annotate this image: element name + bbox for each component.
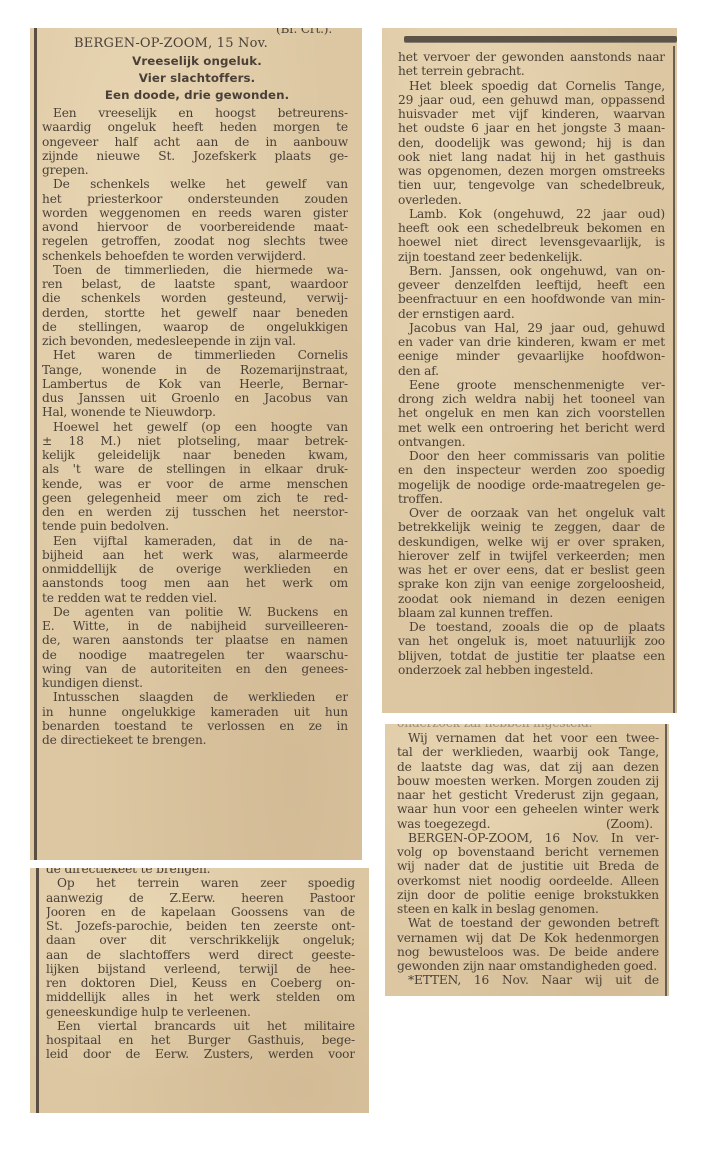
text-line: regelen getroffen, zoodat nog slechts tw…: [42, 234, 348, 248]
text-line: steen en kalk in beslag genomen.: [397, 902, 659, 916]
text-line: zijn toestand zeer bedenkelijk.: [398, 250, 665, 264]
text-line: Het bleek spoedig dat Cornelis Tange,: [398, 79, 665, 93]
sign-off-line: was toegezegd.(Zoom).: [397, 817, 659, 831]
text-line: vernamen wij dat De Kok hedenmorgen: [397, 931, 659, 945]
sign-off-source: (Zoom).: [606, 817, 653, 831]
dateline: BERGEN-OP-ZOOM, 15 Nov.: [40, 37, 302, 51]
text-line: beenfractuur en een hoofdwonde van min-: [398, 292, 665, 306]
text-line: 29 jaar oud, een gehuwd man, oppassend: [398, 93, 665, 107]
clipping-top-left: (Br. Crt.). BERGEN-OP-ZOOM, 15 Nov. Vree…: [30, 28, 362, 860]
text-line: Wij vernamen dat het voor een twee-: [397, 731, 659, 745]
text-line: en vader van drie kinderen, kwam er met: [398, 335, 665, 349]
text-line: huisvader met vijf kinderen, waarvan: [398, 107, 665, 121]
text-line: ren belast, de laatste spant, waardoor: [42, 277, 348, 291]
text-line: kende, was er voor de arme menschen: [42, 477, 348, 491]
clipping-bottom-right: onderzoek zal hebben ingesteld. Wij vern…: [385, 724, 669, 996]
text-line: aan de slachtoffers werd direct geeste-: [46, 948, 355, 962]
text-line: bijheid aan het werk was, alarmeerde: [42, 548, 348, 562]
text-line: waar hun voor een geheelen winter werk: [397, 802, 659, 816]
column-rule: [36, 868, 39, 1113]
text-line: den en werden zij tusschen het neerstor-: [42, 505, 348, 519]
text-line: Bern. Janssen, ook ongehuwd, van on-: [398, 264, 665, 278]
text-line: Een vijftal kameraden, dat in de na-: [42, 534, 348, 548]
text-line: ren doktoren Diel, Keuss en Coeberg on-: [46, 976, 355, 990]
text-line: blijven, totdat de justitie ter plaatse …: [398, 649, 665, 663]
text-line: de stellingen, waarop de ongelukkigen: [42, 320, 348, 334]
text-line: ongeveer half acht aan de in aanbouw: [42, 135, 348, 149]
text-line: BERGEN-OP-ZOOM, 16 Nov. In ver-: [397, 831, 659, 845]
column-rule: [673, 46, 675, 713]
text-line: Toen de timmerlieden, die hiermede wa-: [42, 263, 348, 277]
text-line: wij nader dat de justitie uit Breda de: [397, 859, 659, 873]
text-line: zijnde nieuwe St. Jozefskerk plaats ge-: [42, 149, 348, 163]
text-line: de directiekeet te brengen.: [42, 733, 348, 747]
sign-off-text: was toegezegd.: [397, 817, 490, 831]
text-line: onderzoek zal hebben ingesteld.: [398, 663, 665, 677]
text-line: leid door de Eerw. Zusters, werden voor: [46, 1047, 355, 1061]
cut-off-line: onderzoek zal hebben ingesteld.: [397, 724, 592, 730]
text-line: overkomst niet noodig oordeelde. Alleen: [397, 874, 659, 888]
text-line: benarden toestand te verlossen en ze in: [42, 719, 348, 733]
text-line: geveer denzelfden leeftijd, heeft een: [398, 278, 665, 292]
text-line: Jacobus van Hal, 29 jaar oud, gehuwd: [398, 321, 665, 335]
source-fragment: (Br. Crt.).: [276, 28, 332, 36]
text-line: deskundigen, welke wij er over spraken,: [398, 535, 665, 549]
text-line: zich bevonden, medesleepende in zijn val…: [42, 334, 348, 348]
text-line: zoodat ook niemand in dezen eenigen: [398, 592, 665, 606]
text-line: Lamb. Kok (ongehuwd, 22 jaar oud): [398, 207, 665, 221]
text-line: Jooren en de kapelaan Goossens van de: [46, 905, 355, 919]
text-line: mogelijk de noodige orde-maatregelen ge-: [398, 478, 665, 492]
text-line: den af.: [398, 364, 665, 378]
text-line: tal der werklieden, waarbij ook Tange,: [397, 745, 659, 759]
clipping-bottom-left: de directiekeet te brengen.Op het terrei…: [30, 868, 369, 1113]
column-rule: [34, 28, 37, 860]
text-line: aanstonds toog men aan het werk om: [42, 576, 348, 590]
text-line: met welk een ontroering het bericht werd: [398, 421, 665, 435]
text-line: E. Witte, in de nabijheid surveilleeren-: [42, 619, 348, 633]
text-line: Over de oorzaak van het ongeluk valt: [398, 506, 665, 520]
text-line: Een viertal brancards uit het militaire: [46, 1019, 355, 1033]
text-line: troffen.: [398, 492, 665, 506]
column-rule: [665, 724, 667, 996]
text-line: geneeskundige hulp te verleenen.: [46, 1005, 355, 1019]
text-line: de noodige maatregelen ter waarschu-: [42, 648, 348, 662]
text-line: Hoewel het gewelf (op een hoogte van: [42, 420, 348, 434]
text-line: ontvangen.: [398, 435, 665, 449]
text-line: ± 18 M.) niet plotseling, maar betrek-: [42, 434, 348, 448]
text-line: dus Janssen uit Groenlo en Jacobus van: [42, 391, 348, 405]
text-line: Het waren de timmerlieden Cornelis: [42, 348, 348, 362]
text-line: kundigen dienst.: [42, 676, 348, 690]
text-line: Lambertus de Kok van Heerle, Bernar-: [42, 377, 348, 391]
text-line: Tange, wonende in de Rozemarijnstraat,: [42, 363, 348, 377]
text-line: zijn door de politie eenige brokstukken: [397, 888, 659, 902]
text-line: den, doodelijk was gewond; hij is dan: [398, 136, 665, 150]
text-line: als 't ware de stellingen in elkaar druk…: [42, 462, 348, 476]
text-line: en den inspecteur werden zoo spoedig: [398, 463, 665, 477]
text-line: St. Jozefs-parochie, beiden ten zeerste …: [46, 919, 355, 933]
text-line: De schenkels welke het gewelf van: [42, 177, 348, 191]
text-line: Hal, wonende te Nieuwdorp.: [42, 405, 348, 419]
text-line: sprake kon zijn van eenige zorgeloosheid…: [398, 577, 665, 591]
text-line: eenige minder gevaarlijke hoofdwon-: [398, 349, 665, 363]
text-line: gewonden zijn naar omstandigheden goed.: [397, 959, 659, 973]
text-line: De toestand, zooals die op de plaats: [398, 620, 665, 634]
text-line: betrekkelijk weinig te zeggen, daar de: [398, 520, 665, 534]
text-line: overleden.: [398, 193, 665, 207]
text-line: hoewel niet direct levensgevaarlijk, is: [398, 235, 665, 249]
text-line: drong zich weldra nabij het tooneel van: [398, 392, 665, 406]
text-line: bouw moesten werken. Morgen zouden zij: [397, 774, 659, 788]
text-line: avond hiervoor de voorbereidende maat-: [42, 220, 348, 234]
text-line: Intusschen slaagden de werklieden er: [42, 690, 348, 704]
text-line: aanwezig de Z.Eerw. heeren Pastoor: [46, 891, 355, 905]
article-body: Een vreeselijk en hoogst betreurens-waar…: [42, 106, 348, 747]
text-line: volg op bovenstaand bericht vernemen: [397, 845, 659, 859]
text-line: geen gelegenheid meer om zich te red-: [42, 491, 348, 505]
text-line: het oudste 6 jaar en het jongste 3 maan-: [398, 121, 665, 135]
text-line: ook niet lang nadat hij in het gasthuis: [398, 150, 665, 164]
text-line: die schenkels worden gesteund, verwij-: [42, 291, 348, 305]
text-line: van het ongeluk is, moet natuurlijk zoo: [398, 634, 665, 648]
text-line: was het er over eens, dat er beslist gee…: [398, 563, 665, 577]
text-line: De agenten van politie W. Buckens en: [42, 605, 348, 619]
text-line: middellijk alles in het werk stelden om: [46, 990, 355, 1004]
text-line: wing van de autoriteiten en den genees-: [42, 662, 348, 676]
article-body: de directiekeet te brengen.Op het terrei…: [46, 868, 355, 1062]
article-body: het vervoer der gewonden aanstonds naarh…: [398, 50, 665, 677]
text-line: schenkels behoefden te worden verwijderd…: [42, 249, 348, 263]
text-line: daan over dit verschrikkelijk ongeluk;: [46, 933, 355, 947]
text-line: het priesterkoor ondersteunden zouden: [42, 192, 348, 206]
clipping-top-right: het vervoer der gewonden aanstonds naarh…: [382, 28, 677, 713]
text-line: lijken bijstand verleend, terwijl de hee…: [46, 962, 355, 976]
text-line: tien uur, tengevolge van schedelbreuk,: [398, 178, 665, 192]
text-line: blaam zal kunnen treffen.: [398, 606, 665, 620]
text-line: grepen.: [42, 163, 348, 177]
text-line: tende puin bedolven.: [42, 519, 348, 533]
text-line: het ongeluk en men kan zich voorstellen: [398, 406, 665, 420]
headline-1: Vreeselijk ongeluk.: [42, 53, 352, 70]
text-line: onmiddellijk de overige werklieden en: [42, 562, 348, 576]
text-line: der ernstigen aard.: [398, 307, 665, 321]
text-line: de, waren aanstonds ter plaatse en namen: [42, 633, 348, 647]
text-line: Eene groote menschenmenigte ver-: [398, 378, 665, 392]
text-line: het vervoer der gewonden aanstonds naar: [398, 50, 665, 64]
headline-3: Een doode, drie gewonden.: [42, 87, 352, 104]
separator-bar: [404, 36, 677, 42]
text-line: Wat de toestand der gewonden betreft: [397, 916, 659, 930]
text-line: hospitaal en het Burger Gasthuis, bege-: [46, 1033, 355, 1047]
text-line: waardig ongeluk heeft heden morgen te: [42, 120, 348, 134]
text-line: de directiekeet te brengen.: [46, 868, 355, 876]
text-line: worden weggenomen en reeds waren gister: [42, 206, 348, 220]
text-line: in hunne ongelukkige kameraden uit hun: [42, 705, 348, 719]
text-line: te redden wat te redden viel.: [42, 591, 348, 605]
text-line: was opgenomen, dezen morgen omstreeks: [398, 164, 665, 178]
text-line: het terrein gebracht.: [398, 64, 665, 78]
text-line: Door den heer commissaris van politie: [398, 449, 665, 463]
text-line: heeft ook een schedelbreuk bekomen en: [398, 221, 665, 235]
text-line: derden, stortte het gewelf naar beneden: [42, 306, 348, 320]
text-line: nog bewusteloos was. De beide andere: [397, 945, 659, 959]
text-line: naar het gesticht Vrederust zijn gegaan,: [397, 788, 659, 802]
headline-2: Vier slachtoffers.: [42, 70, 352, 87]
article-body: Wij vernamen dat het voor een twee-tal d…: [397, 731, 659, 988]
text-line: kelijk geleidelijk naar beneden kwam,: [42, 448, 348, 462]
text-line: Op het terrein waren zeer spoedig: [46, 876, 355, 890]
text-line: hierover zelf in twijfel verkeerden; men: [398, 549, 665, 563]
text-line: Een vreeselijk en hoogst betreurens-: [42, 106, 348, 120]
text-line: *ETTEN, 16 Nov. Naar wij uit de: [397, 973, 659, 987]
headline-block: Vreeselijk ongeluk. Vier slachtoffers. E…: [42, 53, 352, 104]
text-line: de laatste dag was, dat zij aan dezen: [397, 760, 659, 774]
